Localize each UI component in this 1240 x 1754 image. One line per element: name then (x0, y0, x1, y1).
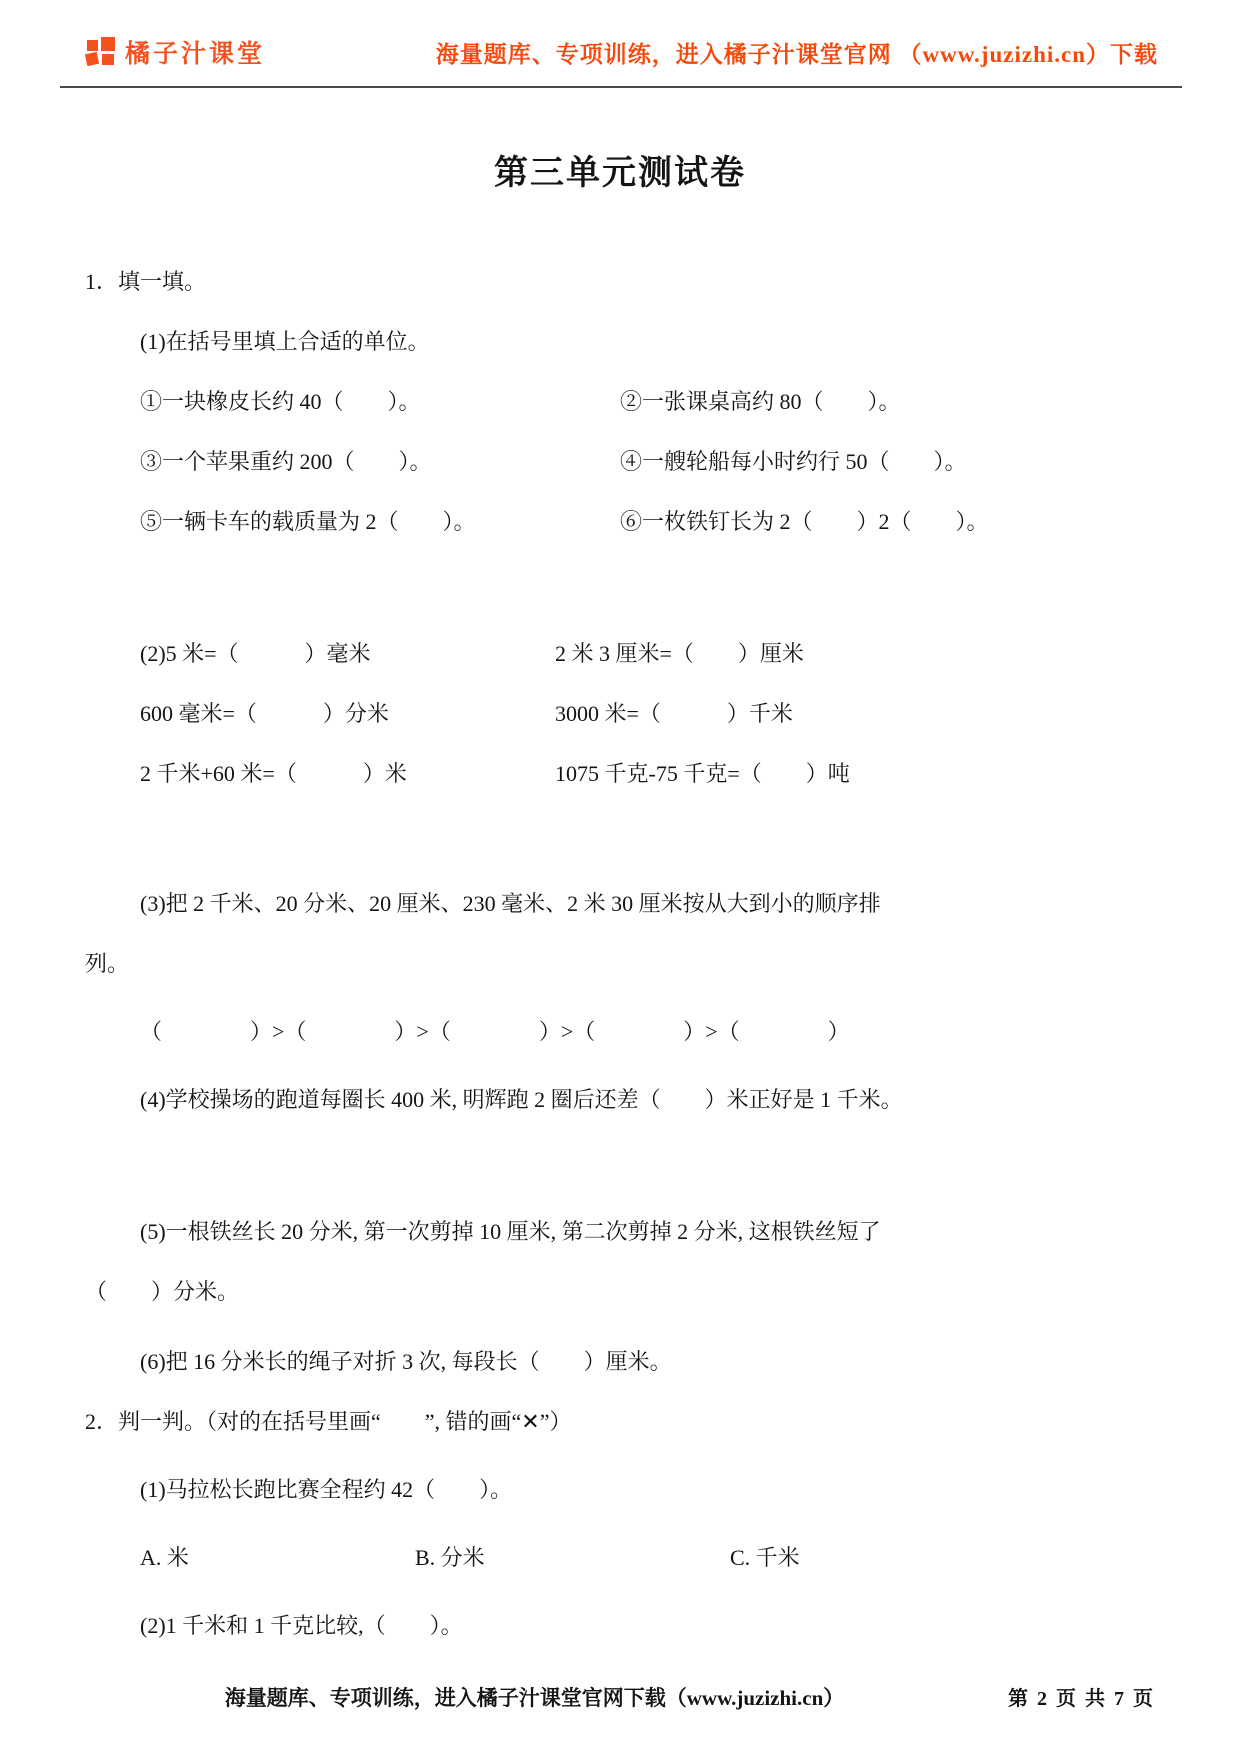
option-c: C. 千米 (730, 1542, 1155, 1574)
fill-blank-item-4: ④一艘轮船每小时约行 50（ ）。 (620, 446, 1155, 478)
fill-blank-item-1: ①一块橡皮长约 40（ ）。 (140, 386, 620, 418)
q1-part2-row-3: 2 千米+60 米=（ ）米 1075 千克-75 千克=（ ）吨 (85, 758, 1155, 790)
page-header: 橘子汁课堂 海量题库、专项训练，进入橘子汁课堂官网 （www.juzizhi.c… (85, 34, 1158, 70)
q1-part6: (6)把 16 分米长的绳子对折 3 次, 每段长（ ）厘米。 (85, 1346, 1155, 1378)
fill-blank-item-3: ③一个苹果重约 200（ ）。 (140, 446, 620, 478)
footer-page-number: 第 2 页 共 7 页 (1008, 1682, 1155, 1711)
conversion-item-6: 1075 千克-75 千克=（ ）吨 (555, 758, 1155, 790)
fill-blank-item-5: ⑤一辆卡车的载质量为 2（ ）。 (140, 506, 620, 538)
q1-part2-row-1: (2)5 米=（ ）毫米 2 米 3 厘米=（ ）厘米 (85, 638, 1155, 670)
page-title: 第三单元测试卷 (85, 150, 1155, 198)
worksheet-content: 第三单元测试卷 1．填一填。 (1)在括号里填上合适的单位。 ①一块橡皮长约 4… (85, 150, 1155, 1670)
orange-squares-logo-icon (85, 36, 117, 68)
conversion-item-5: 2 千米+60 米=（ ）米 (140, 758, 555, 790)
header-promo-text: 海量题库、专项训练，进入橘子汁课堂官网 （www.juzizhi.cn）下载 (436, 36, 1158, 69)
question-1-label: 1．填一填。 (85, 266, 1155, 298)
conversion-item-1: (2)5 米=（ ）毫米 (140, 638, 555, 670)
conversion-item-4: 3000 米=（ ）千米 (555, 698, 1155, 730)
q1-part2-row-2: 600 毫米=（ ）分米 3000 米=（ ）千米 (85, 698, 1155, 730)
q1-part5-line-1: (5)一根铁丝长 20 分米, 第一次剪掉 10 厘米, 第二次剪掉 2 分米,… (85, 1216, 1155, 1248)
q1-part1-row-1: ①一块橡皮长约 40（ ）。 ②一张课桌高约 80（ ）。 (85, 386, 1155, 418)
q1-part5-line-2: （ ）分米。 (85, 1276, 1155, 1308)
conversion-item-2: 2 米 3 厘米=（ ）厘米 (555, 638, 1155, 670)
q1-part3-line-1: (3)把 2 千米、20 分米、20 厘米、230 毫米、2 米 30 厘米按从… (85, 888, 1155, 920)
q1-part1-label: (1)在括号里填上合适的单位。 (85, 326, 1155, 358)
option-b: B. 分米 (415, 1542, 730, 1574)
q1-part1-row-3: ⑤一辆卡车的载质量为 2（ ）。 ⑥一枚铁钉长为 2（ ）2（ ）。 (85, 506, 1155, 538)
q1-part1-row-2: ③一个苹果重约 200（ ）。 ④一艘轮船每小时约行 50（ ）。 (85, 446, 1155, 478)
logo-text: 橘子汁课堂 (125, 34, 265, 70)
question-2-label: 2．判一判。（对的在括号里画“ ”, 错的画“✕”） (85, 1406, 1155, 1438)
fill-blank-item-6: ⑥一枚铁钉长为 2（ ）2（ ）。 (620, 506, 1155, 538)
q2-part2: (2)1 千米和 1 千克比较,（ ）。 (85, 1610, 1155, 1642)
option-a: A. 米 (140, 1542, 415, 1574)
q1-part3-line-2: 列。 (85, 948, 1155, 980)
conversion-item-3: 600 毫米=（ ）分米 (140, 698, 555, 730)
q2-part1: (1)马拉松长跑比赛全程约 42（ ）。 (85, 1474, 1155, 1506)
page-footer: 海量题库、专项训练，进入橘子汁课堂官网下载（www.juzizhi.cn） 第 … (85, 1682, 1155, 1712)
logo: 橘子汁课堂 (85, 34, 265, 70)
q1-part3-ordering-blanks: （ ）>（ ）>（ ）>（ ）>（ ） (85, 1016, 1155, 1048)
footer-promo-text: 海量题库、专项训练，进入橘子汁课堂官网下载（www.juzizhi.cn） (85, 1682, 984, 1712)
q2-options-row: A. 米 B. 分米 C. 千米 (85, 1542, 1155, 1574)
q1-part4: (4)学校操场的跑道每圈长 400 米, 明辉跑 2 圈后还差（ ）米正好是 1… (85, 1084, 1155, 1116)
header-divider (60, 86, 1182, 88)
fill-blank-item-2: ②一张课桌高约 80（ ）。 (620, 386, 1155, 418)
